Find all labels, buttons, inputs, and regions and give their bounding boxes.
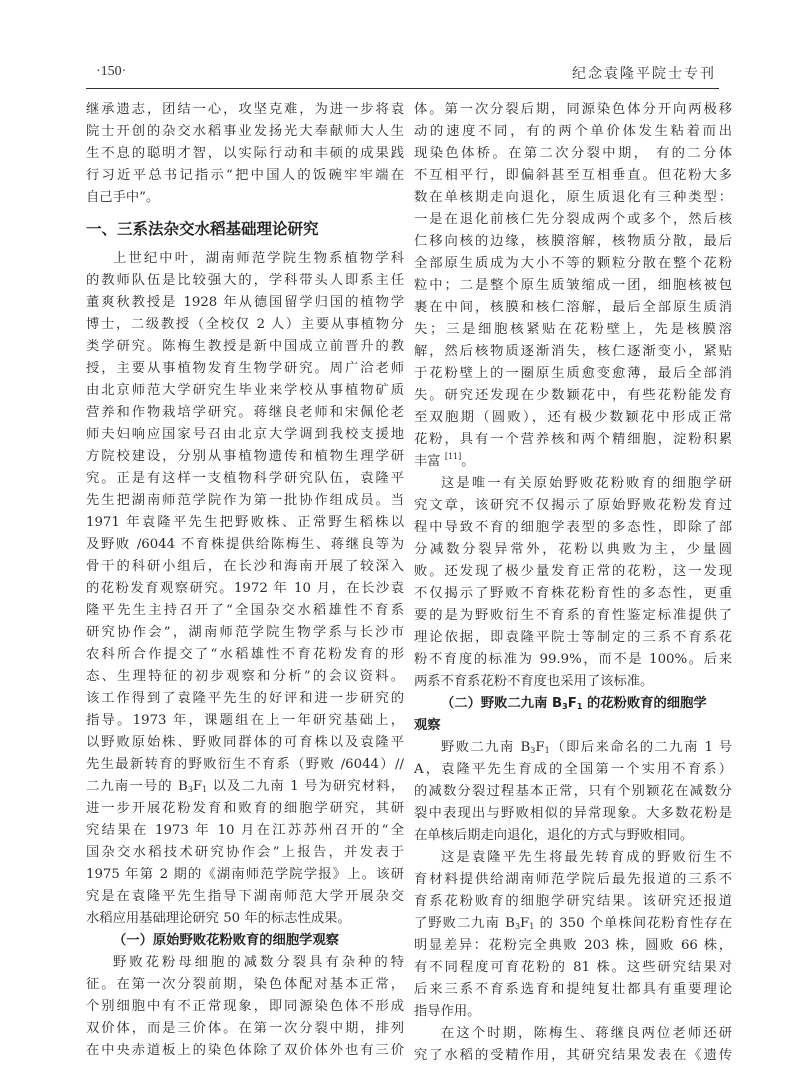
text-line: 指导作用。 (414, 1001, 732, 1023)
paragraph-2: 这是唯一有关原始野败花粉败育的细胞学研 究文章，该研究不仅揭示了原始野败花粉发育… (414, 473, 732, 693)
text-line: 方院校建设，分别从事植物遗传和植物生理学研 (86, 446, 404, 468)
text-line: 董爽秋教授是 1928 年从德国留学归国的植物学 (86, 292, 404, 314)
text-line: 在这个时期，陈梅生、蒋继良两位老师还研 (414, 1023, 732, 1045)
intro-paragraph: 继承遗志，团结一心，攻坚克难，为进一步将袁 院士开创的杂交水稻事业发扬光大奉献师… (86, 99, 404, 209)
text-line: 体。第一次分裂后期，同源染色体分开向两极移 (414, 99, 732, 121)
text-line: 育系花粉败育的细胞学研究结果。该研究还报道 (414, 891, 732, 913)
text-line: 程中导致不育的细胞学表型的多态性，即除了部 (414, 517, 732, 539)
text-line: 粒中；二是整个原生质皱缩成一团，细胞核被包 (414, 275, 732, 297)
text-line: 后来三系不育系选育和提纯复壮都具有重要理论 (414, 979, 732, 1001)
text-line: 进一步开展花粉发育和败育的细胞学研究，其研 (86, 798, 404, 820)
right-column: 体。第一次分裂后期，同源染色体分开向两极移 动的速度不同，有的两个单价体发生粘着… (414, 99, 732, 1067)
text-line: 态、生理特征的初步观察和分析”的会议资料。 (86, 666, 404, 688)
text-line: 两系不育系花粉不育度也采用了该标准。 (414, 671, 732, 693)
text-line: 于花粉壁上的一圈原生质愈变愈薄，最后全部消 (414, 363, 732, 385)
text-line: 类学研究。陈梅生教授是新中国成立前晋升的教 (86, 336, 404, 358)
text-line: A，袁隆平先生育成的全国第一个实用不育系） (414, 759, 732, 781)
text-line: 有不同程度可育花粉的 81 株。这些研究结果对 (414, 957, 732, 979)
text-line: 自己手中”。 (86, 187, 404, 209)
text-line: 先生把湖南师范学院作为第一批协作组成员。当 (86, 490, 404, 512)
text-line: 上世纪中叶，湖南师范学院生物系植物学科 (86, 248, 404, 270)
text-line: 隆平先生主持召开了“全国杂交水稻雄性不育系 (86, 600, 404, 622)
text-line: 裹在中间，核膜和核仁溶解，最后全部原生质消 (414, 297, 732, 319)
text-line: 究结果在 1973 年 10 月在江苏苏州召开的“全 (86, 820, 404, 842)
text-line: 及野败 /6044 不育株提供给陈梅生、蒋继良等为 (86, 534, 404, 556)
text-line: 该工作得到了袁隆平先生的好评和进一步研究的 (86, 688, 404, 710)
text-line: 先生最新转育的野败衍生不育系（野败 /6044）// (86, 754, 404, 776)
text-line: 分减数分裂异常外，花粉以典败为主，少量圆 (414, 539, 732, 561)
subsection-heading-2: （二）野败二九南 B3F1 的花粉败育的细胞学 观察 (414, 693, 732, 737)
text-line: 这是袁隆平先生将最先转育成的野败衍生不 (414, 847, 732, 869)
text-line: 1971 年袁隆平先生把野败株、正常野生稻株以 (86, 512, 404, 534)
text-line: 一是在退化前核仁先分裂成两个或多个，然后核 (414, 209, 732, 231)
text-line-b3f1: 了野败二九南 B3F1 的 350 个单株间花粉育性存在 (414, 913, 732, 935)
paragraph-3: 野败二九南 B3F1（即后来命名的二九南 1 号 A，袁隆平先生育成的全国第一个… (414, 737, 732, 847)
text-line: 不互相平行，即偏斜甚至互相垂直。但花粉大多 (414, 165, 732, 187)
text-line: 由北京师范大学研究生毕业来学校从事植物矿质 (86, 380, 404, 402)
text-line: 明显差异：花粉完全典败 203 株，圆败 66 株， (414, 935, 732, 957)
text-line: 在单核后期走向退化，退化的方式与野败相同。 (414, 825, 732, 847)
text-line: 究是在袁隆平先生指导下湖南师范大学开展杂交 (86, 886, 404, 908)
text-line: 双价体，而是三价体。在第一次分裂中期，排列 (86, 1018, 404, 1040)
text-line: 院士开创的杂交水稻事业发扬光大奉献师大人生 (86, 121, 404, 143)
section-heading: 一、三系法杂交水稻基础理论研究 (86, 218, 404, 240)
text-line: 在中央赤道板上的染色体除了双价体外也有三价 (86, 1040, 404, 1062)
text-line: 1975 年第 2 期的《湖南师范学院学报》上。该研 (86, 864, 404, 886)
text-line: 的减数分裂过程基本正常，只有个别颖花在减数分 (414, 781, 732, 803)
text-line: 全部原生质成为大小不等的颗粒分散在整个花粉 (414, 253, 732, 275)
text-line: 这是唯一有关原始野败花粉败育的细胞学研 (414, 473, 732, 495)
text-line-b3f1: 二九南一号的 B3F1 以及二九南 1 号为研究材料， (86, 776, 404, 798)
text-line: 数在单核期走向退化，原生质退化有三种类型： (414, 187, 732, 209)
text-line: 研究协作会”，湖南师范学院生物学系与长沙市 (86, 622, 404, 644)
text-line: 授，主要从事植物发育生物学研究。周广洽老师 (86, 358, 404, 380)
text-line: 失。研究还发现在少数颖花中，有些花粉能发育 (414, 385, 732, 407)
journal-title: 纪念袁隆平院士专刊 (572, 63, 716, 83)
text-line: 野败花粉母细胞的减数分裂具有杂种的特 (86, 952, 404, 974)
text-line-b3f1: 野败二九南 B3F1（即后来命名的二九南 1 号 (414, 737, 732, 759)
paragraph-4: 这是袁隆平先生将最先转育成的野败衍生不 育材料提供给湖南师范学院后最先报道的三系… (414, 847, 732, 1023)
section-paragraph: 上世纪中叶，湖南师范学院生物系植物学科 的教师队伍是比较强大的，学科带头人即系主… (86, 248, 404, 930)
citation-ref: [11] (445, 452, 461, 461)
text-line: 征。在第一次分裂前期，染色体配对基本正常， (86, 974, 404, 996)
text-line: 丰富 [11]。 (414, 451, 732, 473)
text-line: 仁移向核的边缘，核膜溶解，核物质分散，最后 (414, 231, 732, 253)
text-line: 裂中表现出与野败相似的异常现象。大多数花粉是 (414, 803, 732, 825)
text-line: 生不息的聪明才智，以实际行动和丰硕的成果践 (86, 143, 404, 165)
text-line: 国杂交水稻技术研究协作会”上报告，并发表于 (86, 842, 404, 864)
text-line: 究了水稻的受精作用，其研究结果发表在《遗传 (414, 1045, 732, 1067)
subsection-heading-1: （一）原始野败花粉败育的细胞学观察 (86, 930, 404, 952)
text-line: 农科所合作提交了“水稻雄性不育花粉发育的形 (86, 644, 404, 666)
running-header: ·150· 纪念袁隆平院士专刊 (86, 58, 719, 89)
text-line: 行习近平总书记指示“把中国人的饭碗牢牢端在 (86, 165, 404, 187)
text-line: 育材料提供给湖南师范学院后最先报道的三系不 (414, 869, 732, 891)
left-column: 继承遗志，团结一心，攻坚克难，为进一步将袁 院士开创的杂交水稻事业发扬光大奉献师… (86, 99, 404, 1062)
text-line: 理论依据，即袁隆平院士等制定的三系不育系花 (414, 627, 732, 649)
text-line: 失；三是细胞核紧贴在花粉壁上，先是核膜溶 (414, 319, 732, 341)
text-line: 骨干的科研小组后，在长沙和海南开展了较深入 (86, 556, 404, 578)
text-line: 究文章，该研究不仅揭示了原始野败花粉发育过 (414, 495, 732, 517)
text-line: 现染色体桥。在第二次分裂中期， 有的二分体 (414, 143, 732, 165)
text-line: 解，然后核物质逐渐消失，核仁逐渐变小，紧贴 (414, 341, 732, 363)
text-line: 继承遗志，团结一心，攻坚克难，为进一步将袁 (86, 99, 404, 121)
text-line: 指导。1973 年，课题组在上一年研究基础上， (86, 710, 404, 732)
text-line: 水稻应用基础理论研究 50 年的标志性成果。 (86, 908, 404, 930)
text-line: 博士，二级教授（全校仅 2 人）主要从事植物分 (86, 314, 404, 336)
text-line: 的教师队伍是比较强大的，学科带头人即系主任 (86, 270, 404, 292)
text-line: 究。正是有这样一支植物科学研究队伍，袁隆平 (86, 468, 404, 490)
text-line: 花粉，具有一个营养核和两个精细胞，淀粉积累 (414, 429, 732, 451)
text-line: 的花粉发育观察研究。1972 年 10 月，在长沙袁 (86, 578, 404, 600)
text-line: 师夫妇响应国家号召由北京大学调到我校支援地 (86, 424, 404, 446)
text-line: 动的速度不同，有的两个单价体发生粘着而出 (414, 121, 732, 143)
paragraph-5: 在这个时期，陈梅生、蒋继良两位老师还研 究了水稻的受精作用，其研究结果发表在《遗… (414, 1023, 732, 1067)
text-line: 不仅揭示了野败不育株花粉育性的多态性，更重 (414, 583, 732, 605)
text-line: 个别细胞中有不正常现象，即同源染色体不形成 (86, 996, 404, 1018)
continued-paragraph: 体。第一次分裂后期，同源染色体分开向两极移 动的速度不同，有的两个单价体发生粘着… (414, 99, 732, 473)
page-number: ·150· (96, 64, 126, 80)
text-line: 要的是为野败衍生不育系的育性鉴定标准提供了 (414, 605, 732, 627)
subsection1-paragraph: 野败花粉母细胞的减数分裂具有杂种的特 征。在第一次分裂前期，染色体配对基本正常，… (86, 952, 404, 1062)
text-line: 粉不育度的标准为 99.9%，而不是 100%。后来 (414, 649, 732, 671)
text-line: 营养和作物栽培学研究。蒋继良老师和宋佩伦老 (86, 402, 404, 424)
text-line: 以野败原始株、野败同群体的可育株以及袁隆平 (86, 732, 404, 754)
text-line: 败。还发现了极少量发育正常的花粉，这一发现 (414, 561, 732, 583)
text-line: 至双胞期（圆败），还有极少数颖花中形成正常 (414, 407, 732, 429)
